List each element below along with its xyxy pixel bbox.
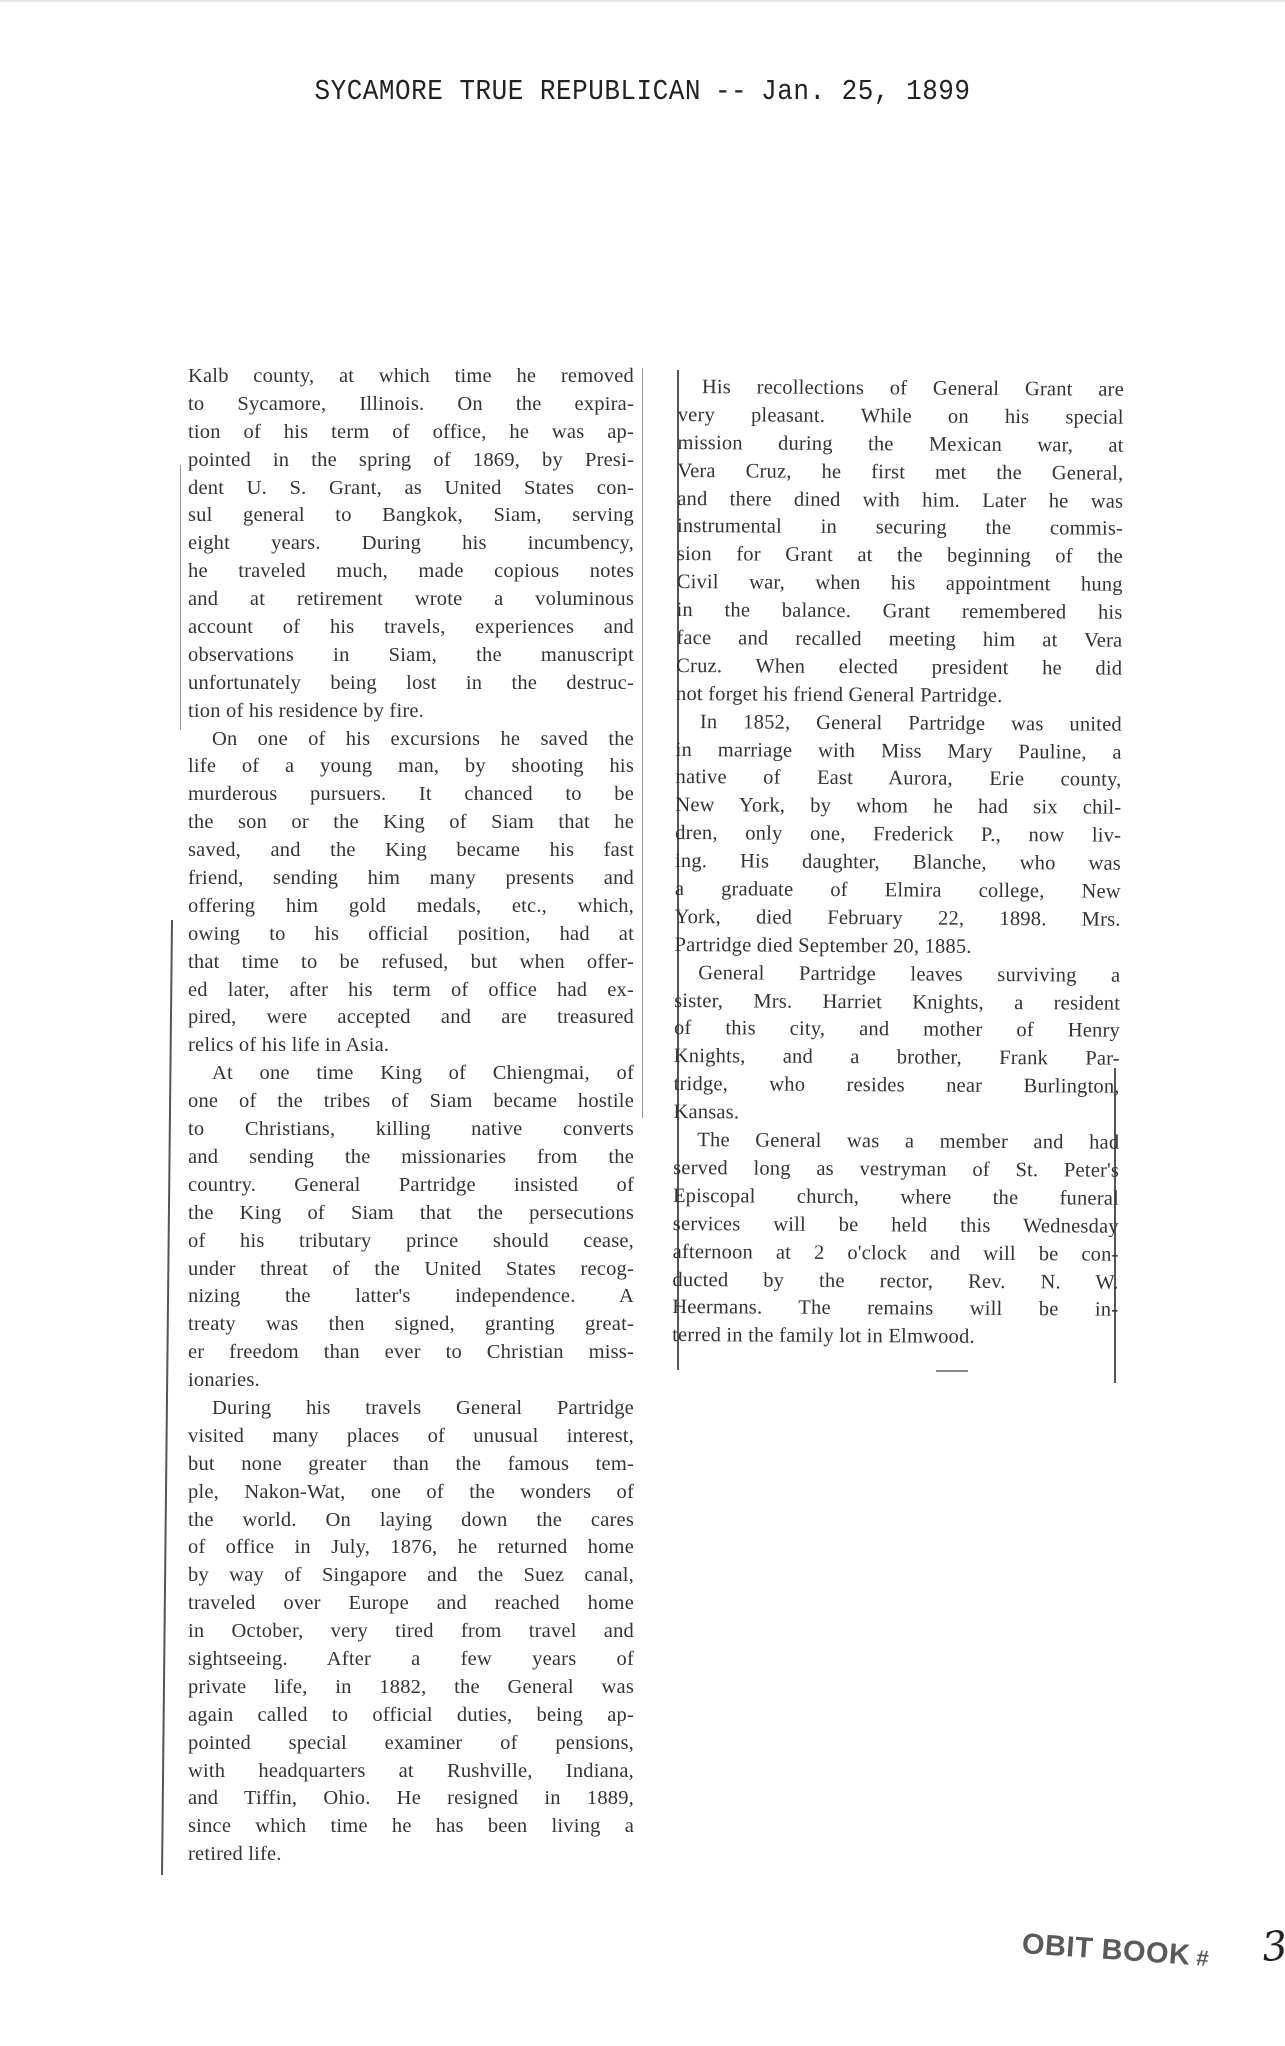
text-line: in October, very tired from travel and (188, 1618, 634, 1646)
text-line: unfortunately being lost in the destruc- (188, 670, 634, 698)
text-line: one of the tribes of Siam became hostile (188, 1088, 634, 1116)
scan-top-edge (0, 0, 1285, 2)
text-line: The General was a member and had (673, 1127, 1119, 1158)
text-line: native of East Aurora, Erie county, (675, 764, 1121, 795)
text-line: offering him gold medals, etc., which, (188, 893, 634, 921)
text-line: with headquarters at Rushville, Indiana, (188, 1758, 634, 1786)
text-line: but none greater than the famous tem- (188, 1451, 634, 1479)
text-line: of his tributary prince should cease, (188, 1228, 634, 1256)
text-line: of this city, and mother of Henry (674, 1015, 1120, 1046)
text-line: Heermans. The remains will be in- (672, 1294, 1118, 1325)
text-line: very pleasant. While on his special (678, 402, 1124, 433)
text-line: face and recalled meeting him at Vera (676, 625, 1122, 656)
text-line: a graduate of Elmira college, New (675, 876, 1121, 907)
stamp-label: OBIT BOOK (1021, 1928, 1192, 1972)
handwritten-book-number: 3 (1260, 1923, 1285, 1971)
stamp-hash: # (1195, 1945, 1209, 1971)
text-line: On one of his excursions he saved the (188, 726, 634, 754)
column1-left-rule-upper (180, 465, 181, 730)
header-separator: -- (715, 74, 747, 108)
text-line: the King of Siam that the persecutions (188, 1200, 634, 1228)
text-line: retired life. (188, 1841, 634, 1869)
text-line: In 1852, General Partridge was united (676, 709, 1122, 740)
text-line: sul general to Bangkok, Siam, serving (188, 502, 634, 530)
column1-left-rule-lower (161, 920, 173, 1875)
text-line: pointed in the spring of 1869, by Presi- (188, 447, 634, 475)
text-line: and at retirement wrote a voluminous (188, 586, 634, 614)
text-line: sion for Grant at the beginning of the (677, 541, 1123, 572)
text-line: since which time he has been living a (188, 1813, 634, 1841)
text-line: to Christians, killing native converts (188, 1116, 634, 1144)
column1-right-rule (642, 368, 643, 1118)
text-line: New York, by whom he had six chil- (675, 792, 1121, 823)
text-line: nizing the latter's independence. A (188, 1283, 634, 1311)
text-line: tridge, who resides near Burlington, (674, 1071, 1120, 1102)
article-column-2: His recollections of General Grant areve… (672, 374, 1124, 1353)
text-line: country. General Partridge insisted of (188, 1172, 634, 1200)
text-line: saved, and the King became his fast (188, 837, 634, 865)
text-line: ing. His daughter, Blanche, who was (675, 848, 1121, 879)
text-line: traveled over Europe and reached home (188, 1590, 634, 1618)
text-line: mission during the Mexican war, at (677, 430, 1123, 461)
text-line: life of a young man, by shooting his (188, 753, 634, 781)
text-line: under threat of the United States recog- (188, 1256, 634, 1284)
text-line: York, died February 22, 1898. Mrs. (675, 904, 1121, 935)
publication-name: SYCAMORE TRUE REPUBLICAN (314, 74, 700, 108)
end-of-article-dash (936, 1370, 968, 1372)
text-line: the son or the King of Siam that he (188, 809, 634, 837)
text-line: of office in July, 1876, he returned hom… (188, 1534, 634, 1562)
text-line: Vera Cruz, he first met the General, (677, 458, 1123, 489)
text-line: Episcopal church, where the funeral (673, 1183, 1119, 1214)
text-line: eight years. During his incumbency, (188, 530, 634, 558)
text-line: At one time King of Chiengmai, of (188, 1060, 634, 1088)
text-line: ple, Nakon-Wat, one of the wonders of (188, 1479, 634, 1507)
text-line: and Tiffin, Ohio. He resigned in 1889, (188, 1785, 634, 1813)
text-line: owing to his official position, had at (188, 921, 634, 949)
article-column-1: Kalb county, at which time he removedto … (188, 363, 634, 1869)
text-line: account of his travels, experiences and (188, 614, 634, 642)
text-line: by way of Singapore and the Suez canal, (188, 1562, 634, 1590)
text-line: relics of his life in Asia. (188, 1032, 634, 1060)
text-line: not forget his friend General Partridge. (676, 681, 1122, 712)
text-line: er freedom than ever to Christian miss- (188, 1339, 634, 1367)
text-line: ed later, after his term of office had e… (188, 977, 634, 1005)
text-line: sister, Mrs. Harriet Knights, a resident (674, 988, 1120, 1019)
text-line: visited many places of unusual interest, (188, 1423, 634, 1451)
text-line: tion of his residence by fire. (188, 698, 634, 726)
text-line: instrumental in securing the commis- (677, 513, 1123, 544)
text-line: afternoon at 2 o'clock and will be con- (673, 1239, 1119, 1270)
page-header: SYCAMORE TRUE REPUBLICAN--Jan. 25, 1899 (0, 74, 1285, 108)
text-line: murderous pursuers. It chanced to be (188, 781, 634, 809)
text-line: sightseeing. After a few years of (188, 1646, 634, 1674)
text-line: observations in Siam, the manuscript (188, 642, 634, 670)
text-line: he traveled much, made copious notes (188, 558, 634, 586)
text-line: Civil war, when his appointment hung (677, 569, 1123, 600)
text-line: Kalb county, at which time he removed (188, 363, 634, 391)
text-line: dent U. S. Grant, as United States con- (188, 475, 634, 503)
text-line: services will be held this Wednesday (673, 1211, 1119, 1242)
text-line: pired, were accepted and are treasured (188, 1004, 634, 1032)
text-line: Kansas. (673, 1099, 1119, 1130)
text-line: again called to official duties, being a… (188, 1702, 634, 1730)
text-line: Knights, and a brother, Frank Par- (674, 1043, 1120, 1074)
publication-date: Jan. 25, 1899 (761, 74, 970, 108)
text-line: terred in the family lot in Elmwood. (672, 1322, 1118, 1353)
text-line: the world. On laying down the cares (188, 1507, 634, 1535)
text-line: that time to be refused, but when offer- (188, 949, 634, 977)
text-line: served long as vestryman of St. Peter's (673, 1155, 1119, 1186)
text-line: Partridge died September 20, 1885. (674, 932, 1120, 963)
text-line: His recollections of General Grant are (678, 374, 1124, 405)
text-line: ducted by the rector, Rev. N. W. (672, 1266, 1118, 1297)
text-line: and sending the missionaries from the (188, 1144, 634, 1172)
text-line: tion of his term of office, he was ap- (188, 419, 634, 447)
text-line: General Partridge leaves surviving a (674, 960, 1120, 991)
obit-book-stamp: OBIT BOOK# (1021, 1928, 1210, 1974)
text-line: in marriage with Miss Mary Pauline, a (676, 737, 1122, 768)
text-line: During his travels General Partridge (188, 1395, 634, 1423)
text-line: dren, only one, Frederick P., now liv- (675, 820, 1121, 851)
text-line: friend, sending him many presents and (188, 865, 634, 893)
text-line: to Sycamore, Illinois. On the expira- (188, 391, 634, 419)
text-line: treaty was then signed, granting great- (188, 1311, 634, 1339)
text-line: pointed special examiner of pensions, (188, 1730, 634, 1758)
text-line: Cruz. When elected president he did (676, 653, 1122, 684)
text-line: and there dined with him. Later he was (677, 486, 1123, 517)
text-line: private life, in 1882, the General was (188, 1674, 634, 1702)
text-line: ionaries. (188, 1367, 634, 1395)
text-line: in the balance. Grant remembered his (676, 597, 1122, 628)
